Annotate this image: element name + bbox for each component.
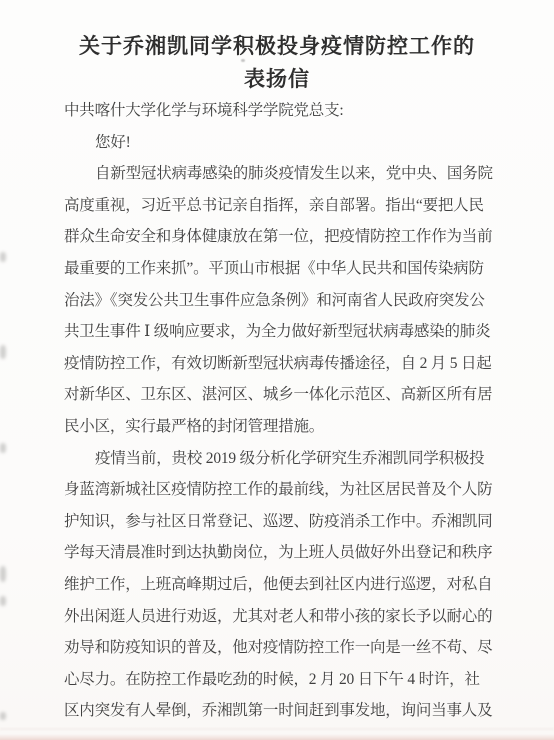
text-line: 高度重视，习近平总书记亲自指挥，亲自部署。指出“要把人民 [64,190,494,222]
text-line: 群众生命安全和身体健康放在第一位，把疫情防控工作作为当前 [64,221,494,253]
letter-title-line-1: 关于乔湘凯同学积极投身疫情防控工作的 [0,30,554,63]
scan-edge-smudge [0,566,6,582]
letter-page: 关于乔湘凯同学积极投身疫情防控工作的 表扬信 中共喀什大学化学与环境科学学院党总… [0,0,554,740]
salutation-line: 中共喀什大学化学与环境科学学院党总支: [64,95,494,127]
text-line: 自新型冠状病毒感染的肺炎疫情发生以来，党中央、国务院 [64,158,494,190]
scan-edge-smudge [0,712,6,720]
letter-body: 中共喀什大学化学与环境科学学院党总支: 您好! 自新型冠状病毒感染的肺炎疫情发生… [64,95,494,727]
greeting-line: 您好! [64,127,494,159]
text-line: 疫情防控工作，有效切断新型冠状病毒传播途径，自 2 月 5 日起 [64,348,494,380]
text-line: 外出闲逛人员进行劝返，尤其对老人和带小孩的家长予以耐心的 [64,601,494,633]
text-line: 护知识，参与社区日常登记、巡逻、防疫消杀工作中。乔湘凯同 [64,506,494,538]
letter-title-line-2: 表扬信 [0,63,554,96]
text-line: 对新华区、卫东区、湛河区、城乡一体化示范区、高新区所有居 [64,379,494,411]
scan-speck [241,59,245,62]
text-line: 心尽力。在防控工作最吃劲的时候，2 月 20 日下午 4 时许，社 [64,664,494,696]
text-line: 最重要的工作来抓”。平顶山市根据《中华人民共和国传染病防 [64,253,494,285]
scan-bottom-shadow [0,728,554,730]
text-line: 民小区，实行最严格的封闭管理措施。 [64,411,494,443]
text-line: 区内突发有人晕倒，乔湘凯第一时间赶到事发地，询问当事人及 [64,695,494,727]
text-line: 共卫生事件 Ⅰ 级响应要求，为全力做好新型冠状病毒感染的肺炎 [64,316,494,348]
text-line: 治法》《突发公共卫生事件应急条例》和河南省人民政府突发公 [64,285,494,317]
text-line: 维护工作，上班高峰期过后，他便去到社区内进行巡逻，对私自 [64,569,494,601]
scan-edge-smudge [0,596,6,606]
text-line: 劝导和防疫知识的普及，他对疫情防控工作一向是一丝不苟、尽 [64,632,494,664]
scan-edge-smudge [0,345,6,359]
scan-bottom-edge [0,734,554,740]
text-line: 疫情当前，贵校 2019 级分析化学研究生乔湘凯同学积极投 [64,443,494,475]
letter-title: 关于乔湘凯同学积极投身疫情防控工作的 表扬信 [0,30,554,96]
scan-edge-smudge [0,443,6,453]
text-line: 学每天清晨准时到达执勤岗位，为上班人员做好外出登记和秩序 [64,537,494,569]
text-line: 身蓝湾新城社区疫情防控工作的最前线，为社区居民普及个人防 [64,474,494,506]
scan-edge-smudge [0,252,6,262]
